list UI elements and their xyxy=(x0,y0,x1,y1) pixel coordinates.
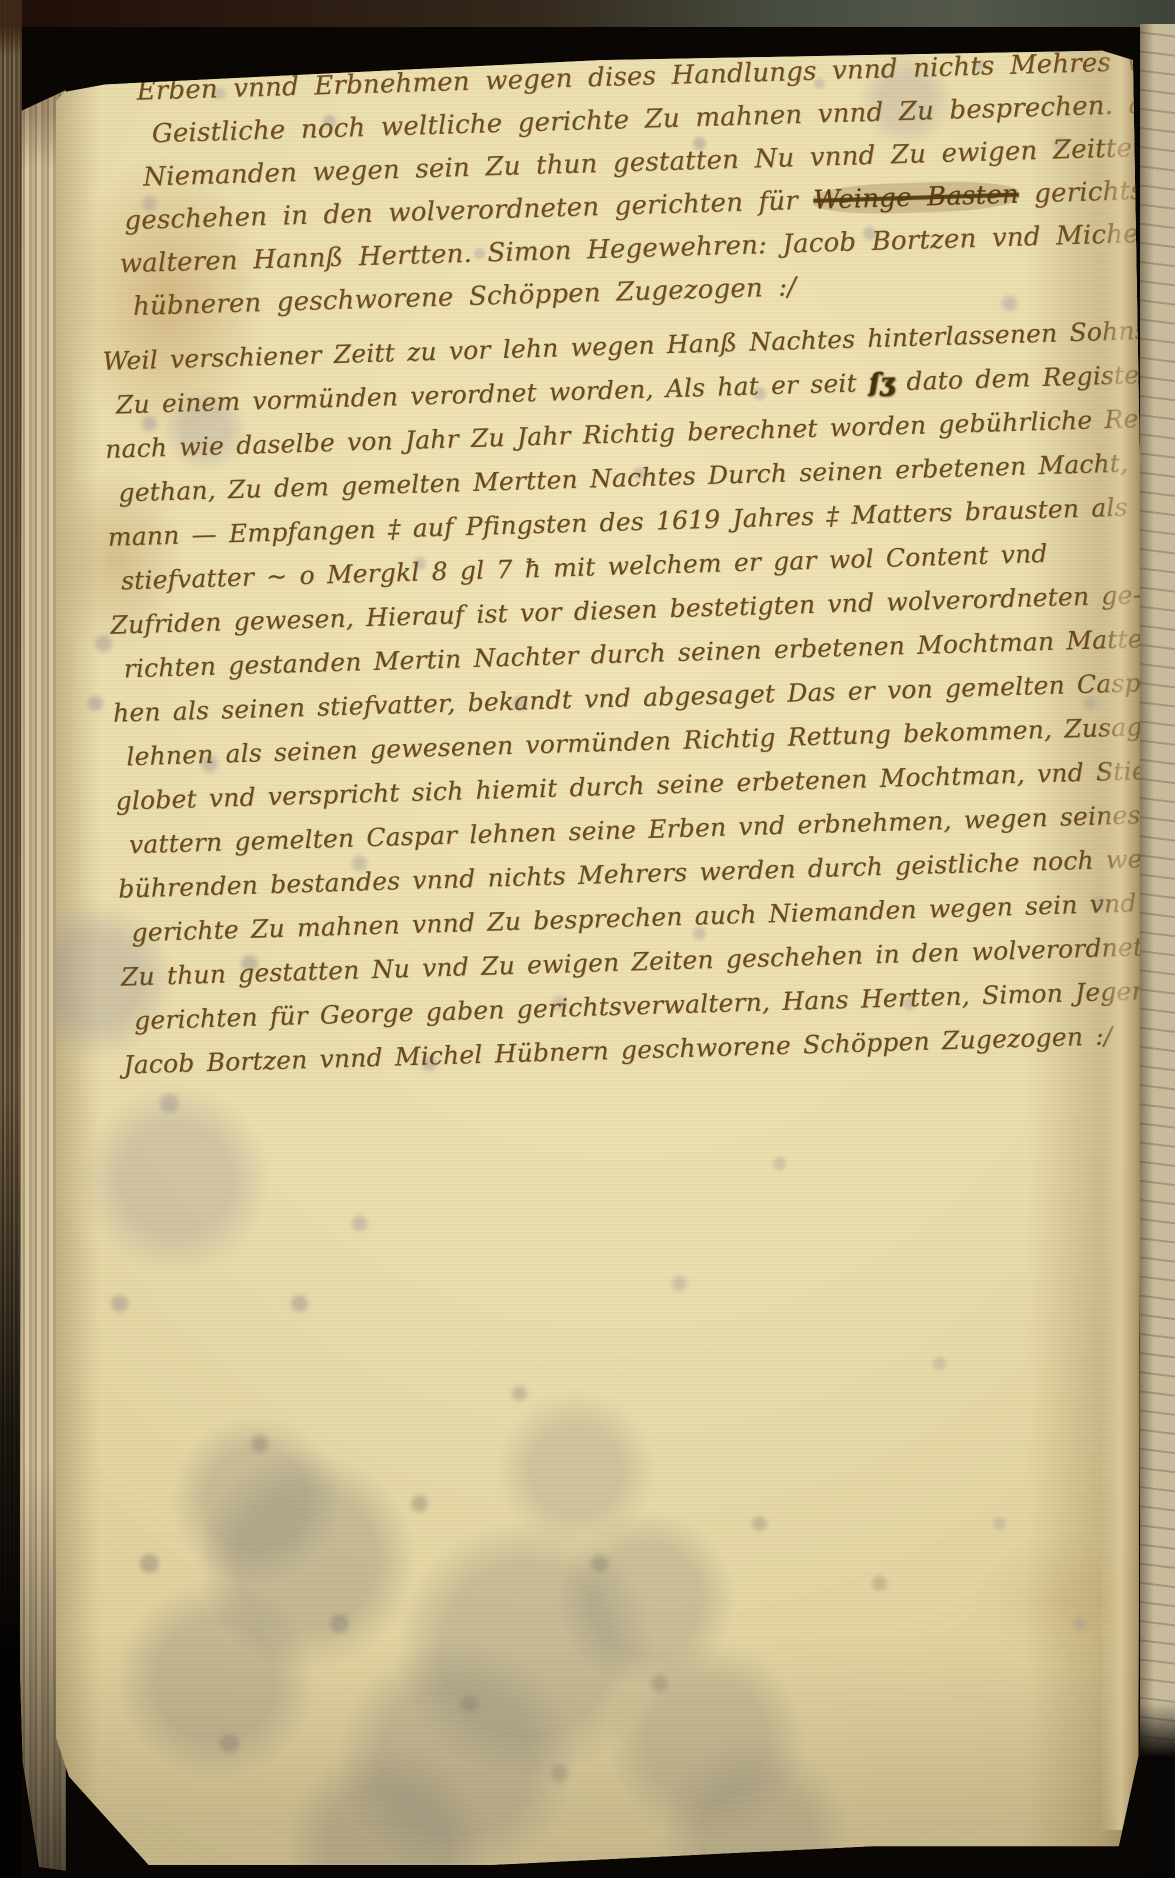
manuscript-page: Erben vnnd Erbnehmen wegen dises Handlun… xyxy=(56,0,1146,1878)
handwritten-text-block: Erben vnnd Erbnehmen wegen dises Handlun… xyxy=(94,41,1174,1088)
struck-word: Weinge Basten xyxy=(813,180,1019,216)
book-photo: Erben vnnd Erbnehmen wegen dises Handlun… xyxy=(0,0,1175,1878)
next-page-edge xyxy=(1140,24,1175,1878)
line-text: dato dem Register xyxy=(894,360,1152,397)
book-spine xyxy=(0,0,22,1878)
ink-blot: ſʒ xyxy=(868,367,894,397)
paragraph-2: Weil verschiener Zeitt zu vor lehn wegen… xyxy=(88,309,1174,1088)
paragraph-1: Erben vnnd Erbnehmen wegen dises Handlun… xyxy=(94,41,1151,330)
top-shadow-band xyxy=(0,0,1175,27)
